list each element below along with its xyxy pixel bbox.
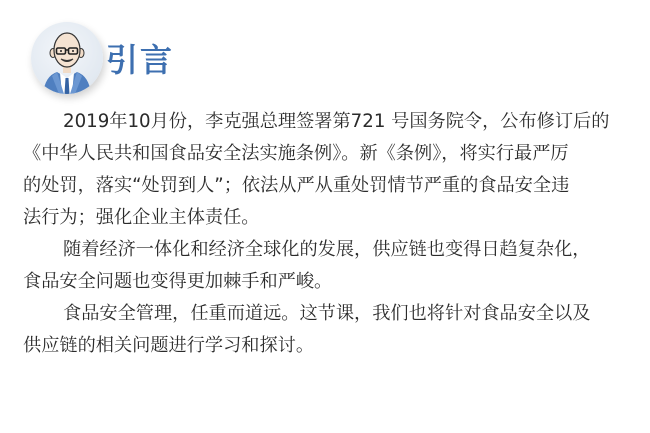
text-line: 食品安全管理，任重而道远。这节课，我们也将针对食品安全以及 bbox=[23, 298, 633, 330]
bald-man-with-glasses-avatar-icon bbox=[31, 22, 103, 94]
text-line: 2019年10月份，李克强总理签署第721 号国务院令，公布修订后的 bbox=[23, 106, 633, 138]
body-text: 2019年10月份，李克强总理签署第721 号国务院令，公布修订后的 《中华人民… bbox=[23, 106, 633, 362]
text-line: 食品安全问题也变得更加棘手和严峻。 bbox=[23, 266, 633, 298]
text-line: 随着经济一体化和经济全球化的发展，供应链也变得日趋复杂化， bbox=[23, 234, 633, 266]
paragraph-course-intro: 食品安全管理，任重而道远。这节课，我们也将针对食品安全以及 供应链的相关问题进行… bbox=[23, 298, 633, 362]
paragraph-regulation: 2019年10月份，李克强总理签署第721 号国务院令，公布修订后的 《中华人民… bbox=[23, 106, 633, 234]
avatar-illustration-icon bbox=[31, 22, 103, 94]
text-line: 的处罚，落实“处罚到人”；依法从严从重处罚情节严重的食品安全违 bbox=[23, 170, 633, 202]
text-line: 法行为；强化企业主体责任。 bbox=[23, 202, 633, 234]
page-title: 引言 bbox=[106, 40, 174, 80]
text-line: 供应链的相关问题进行学习和探讨。 bbox=[23, 330, 633, 362]
text-line: 《中华人民共和国食品安全法实施条例》。新《条例》，将实行最严厉 bbox=[23, 138, 633, 170]
section-header: 引言 bbox=[0, 0, 650, 110]
paragraph-globalization: 随着经济一体化和经济全球化的发展，供应链也变得日趋复杂化， 食品安全问题也变得更… bbox=[23, 234, 633, 298]
